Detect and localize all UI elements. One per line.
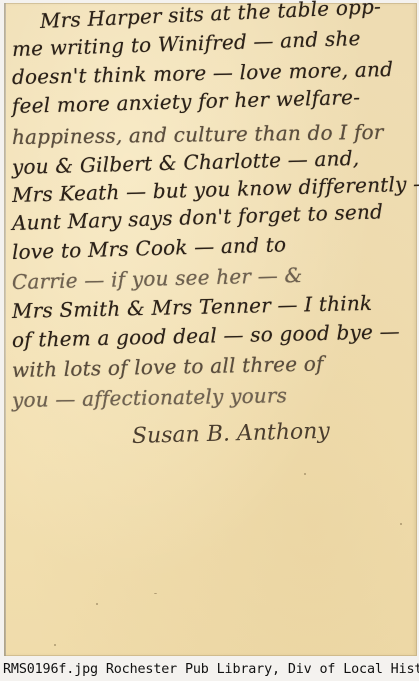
signature: Susan B. Anthony bbox=[132, 419, 330, 449]
paper-speck bbox=[304, 473, 306, 475]
letter-line: doesn't think more — love more, and bbox=[12, 57, 394, 89]
letter-page: Mrs Harper sits at the table opp- me wri… bbox=[4, 3, 417, 656]
letter-line: love to Mrs Cook — and to bbox=[12, 232, 287, 264]
paper-speck bbox=[400, 523, 402, 525]
paper-speck bbox=[54, 644, 56, 646]
letter-line: Carrie — if you see her — & bbox=[12, 263, 303, 294]
letter-line: happiness, and culture than do I for bbox=[12, 120, 384, 149]
paper-speck bbox=[96, 603, 98, 605]
letter-line: with lots of love to all three of bbox=[12, 351, 324, 382]
image-caption: RMS0196f.jpg Rochester Pub Library, Div … bbox=[3, 660, 419, 679]
letter-line: Mrs Smith & Mrs Tenner — I think bbox=[12, 291, 373, 323]
letter-line: of them a good deal — so good bye — bbox=[12, 319, 400, 352]
letter-line: feel more anxiety for her welfare- bbox=[12, 85, 361, 118]
paper-speck bbox=[154, 593, 157, 594]
letter-line: you — affectionately yours bbox=[12, 383, 288, 412]
